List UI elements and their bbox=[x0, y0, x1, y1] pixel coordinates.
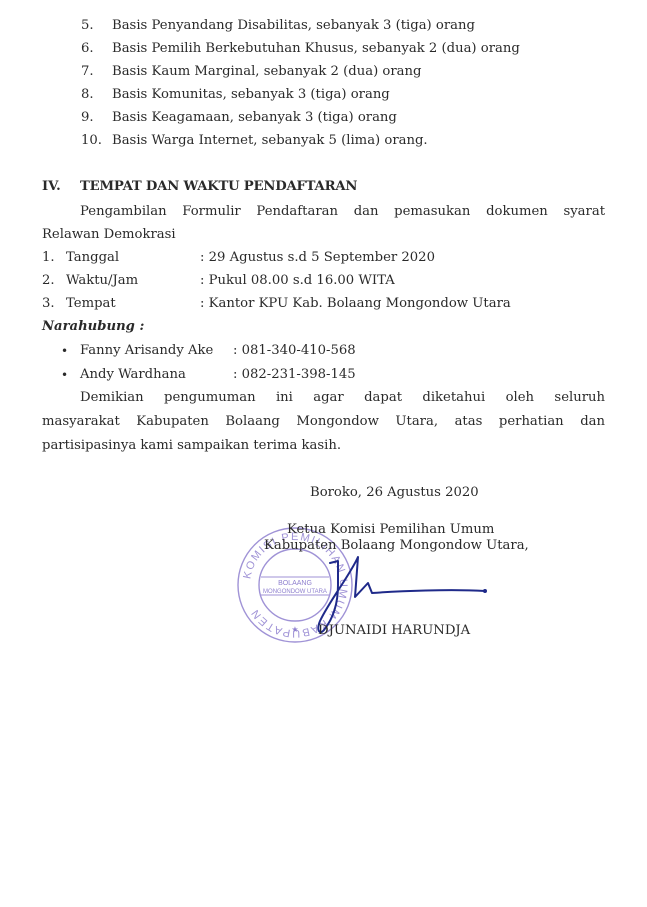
closing-paragraph-line: partisipasinya kami sampaikan terima kas… bbox=[42, 437, 341, 455]
list-number: 5. bbox=[81, 17, 94, 35]
detail-number: 3. bbox=[42, 295, 55, 313]
intro-paragraph-line: Relawan Demokrasi bbox=[42, 226, 176, 244]
detail-number: 2. bbox=[42, 272, 55, 290]
detail-value: : Pukul 08.00 s.d 16.00 WITA bbox=[200, 272, 395, 290]
list-text: Basis Warga Internet, sebanyak 5 (lima) … bbox=[112, 132, 428, 150]
list-text: Basis Keagamaan, sebanyak 3 (tiga) orang bbox=[112, 109, 397, 127]
document-page: 5. Basis Penyandang Disabilitas, sebanya… bbox=[0, 0, 647, 907]
bullet-icon: • bbox=[61, 342, 68, 360]
closing-paragraph-line: Demikian pengumuman ini agar dapat diket… bbox=[80, 389, 605, 407]
svg-text:BOLAANG: BOLAANG bbox=[278, 580, 312, 587]
detail-number: 1. bbox=[42, 249, 55, 267]
list-text: Basis Kaum Marginal, sebanyak 2 (dua) or… bbox=[112, 63, 421, 81]
detail-value: : Kantor KPU Kab. Bolaang Mongondow Utar… bbox=[200, 295, 511, 313]
detail-value: : 29 Agustus s.d 5 September 2020 bbox=[200, 249, 435, 267]
list-text: Basis Penyandang Disabilitas, sebanyak 3… bbox=[112, 17, 475, 35]
contact-name: Andy Wardhana bbox=[80, 366, 186, 384]
signatory-institution: Kabupaten Bolaang Mongondow Utara, bbox=[264, 537, 529, 555]
list-number: 9. bbox=[81, 109, 94, 127]
section-number: IV. bbox=[42, 178, 61, 196]
list-number: 8. bbox=[81, 86, 94, 104]
svg-text:★: ★ bbox=[291, 625, 298, 634]
detail-label: Waktu/Jam bbox=[66, 272, 138, 290]
contact-phone: : 082-231-398-145 bbox=[233, 366, 356, 384]
list-number: 6. bbox=[81, 40, 94, 58]
closing-paragraph-line: masyarakat Kabupaten Bolaang Mongondow U… bbox=[42, 413, 605, 431]
list-text: Basis Komunitas, sebanyak 3 (tiga) orang bbox=[112, 86, 390, 104]
place-date: Boroko, 26 Agustus 2020 bbox=[310, 484, 479, 502]
signatory-name: DJUNAIDI HARUNDJA bbox=[318, 622, 470, 640]
detail-label: Tempat bbox=[66, 295, 116, 313]
list-number: 10. bbox=[81, 132, 102, 150]
contacts-title: Narahubung : bbox=[42, 318, 144, 336]
contact-phone: : 081-340-410-568 bbox=[233, 342, 356, 360]
detail-label: Tanggal bbox=[66, 249, 119, 267]
list-number: 7. bbox=[81, 63, 94, 81]
section-title: TEMPAT DAN WAKTU PENDAFTARAN bbox=[80, 178, 357, 196]
intro-paragraph-line: Pengambilan Formulir Pendaftaran dan pem… bbox=[80, 203, 605, 221]
contact-name: Fanny Arisandy Ake bbox=[80, 342, 213, 360]
bullet-icon: • bbox=[61, 366, 68, 384]
list-text: Basis Pemilih Berkebutuhan Khusus, seban… bbox=[112, 40, 520, 58]
